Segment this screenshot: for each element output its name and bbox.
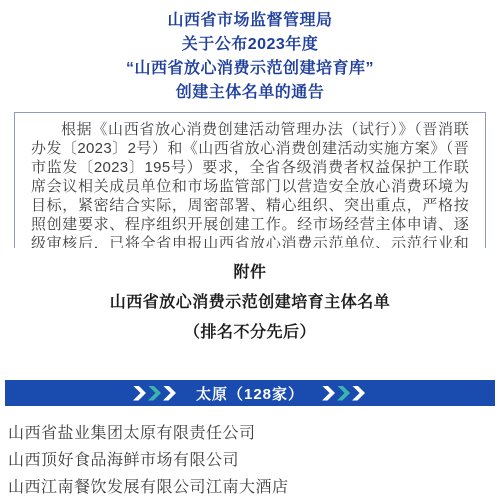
list-item: 山西省盐业集团太原有限责任公司 (8, 420, 500, 447)
chevron-right-icon (352, 386, 365, 401)
chevron-right-icon (322, 386, 335, 401)
chevron-group-right (322, 386, 367, 401)
chevron-right-icon (148, 386, 161, 401)
list-item: 山西顶好食品海鲜市场有限公司 (8, 447, 500, 474)
attachment-label: 附件 (0, 258, 500, 288)
header-title-line-4: 创建主体名单的通告 (0, 81, 500, 105)
attachment-note: （排名不分先后） (0, 318, 500, 348)
document-header: 山西省市场监督管理局 关于公布2023年度 “山西省放心消费示范创建培育库” 创… (0, 0, 500, 105)
chevron-right-icon (337, 386, 350, 401)
banner-label: 太原（128家） (196, 383, 304, 404)
chevron-right-icon (133, 386, 146, 401)
attachment-section: 附件 山西省放心消费示范创建培育主体名单 （排名不分先后） (0, 258, 500, 348)
chevron-right-icon (163, 386, 176, 401)
notice-paragraph: 根据《山西省放心消费创建活动管理办法（试行）》（晋消联办发〔2023〕2号）和《… (31, 120, 469, 248)
company-list: 山西省盐业集团太原有限责任公司 山西顶好食品海鲜市场有限公司 山西江南餐饮发展有… (0, 420, 500, 500)
notice-text-box: 根据《山西省放心消费创建活动管理办法（试行）》（晋消联办发〔2023〕2号）和《… (14, 112, 486, 248)
header-title-line-1: 山西省市场监督管理局 (0, 9, 500, 33)
header-title-line-2: 关于公布2023年度 (0, 33, 500, 57)
list-item: 山西江南餐饮发展有限公司江南大酒店 (8, 474, 500, 500)
chevron-group-left (133, 386, 178, 401)
attachment-title: 山西省放心消费示范创建培育主体名单 (0, 288, 500, 318)
section-banner-taiyuan: 太原（128家） (5, 380, 495, 406)
header-title-line-3: “山西省放心消费示范创建培育库” (0, 57, 500, 81)
